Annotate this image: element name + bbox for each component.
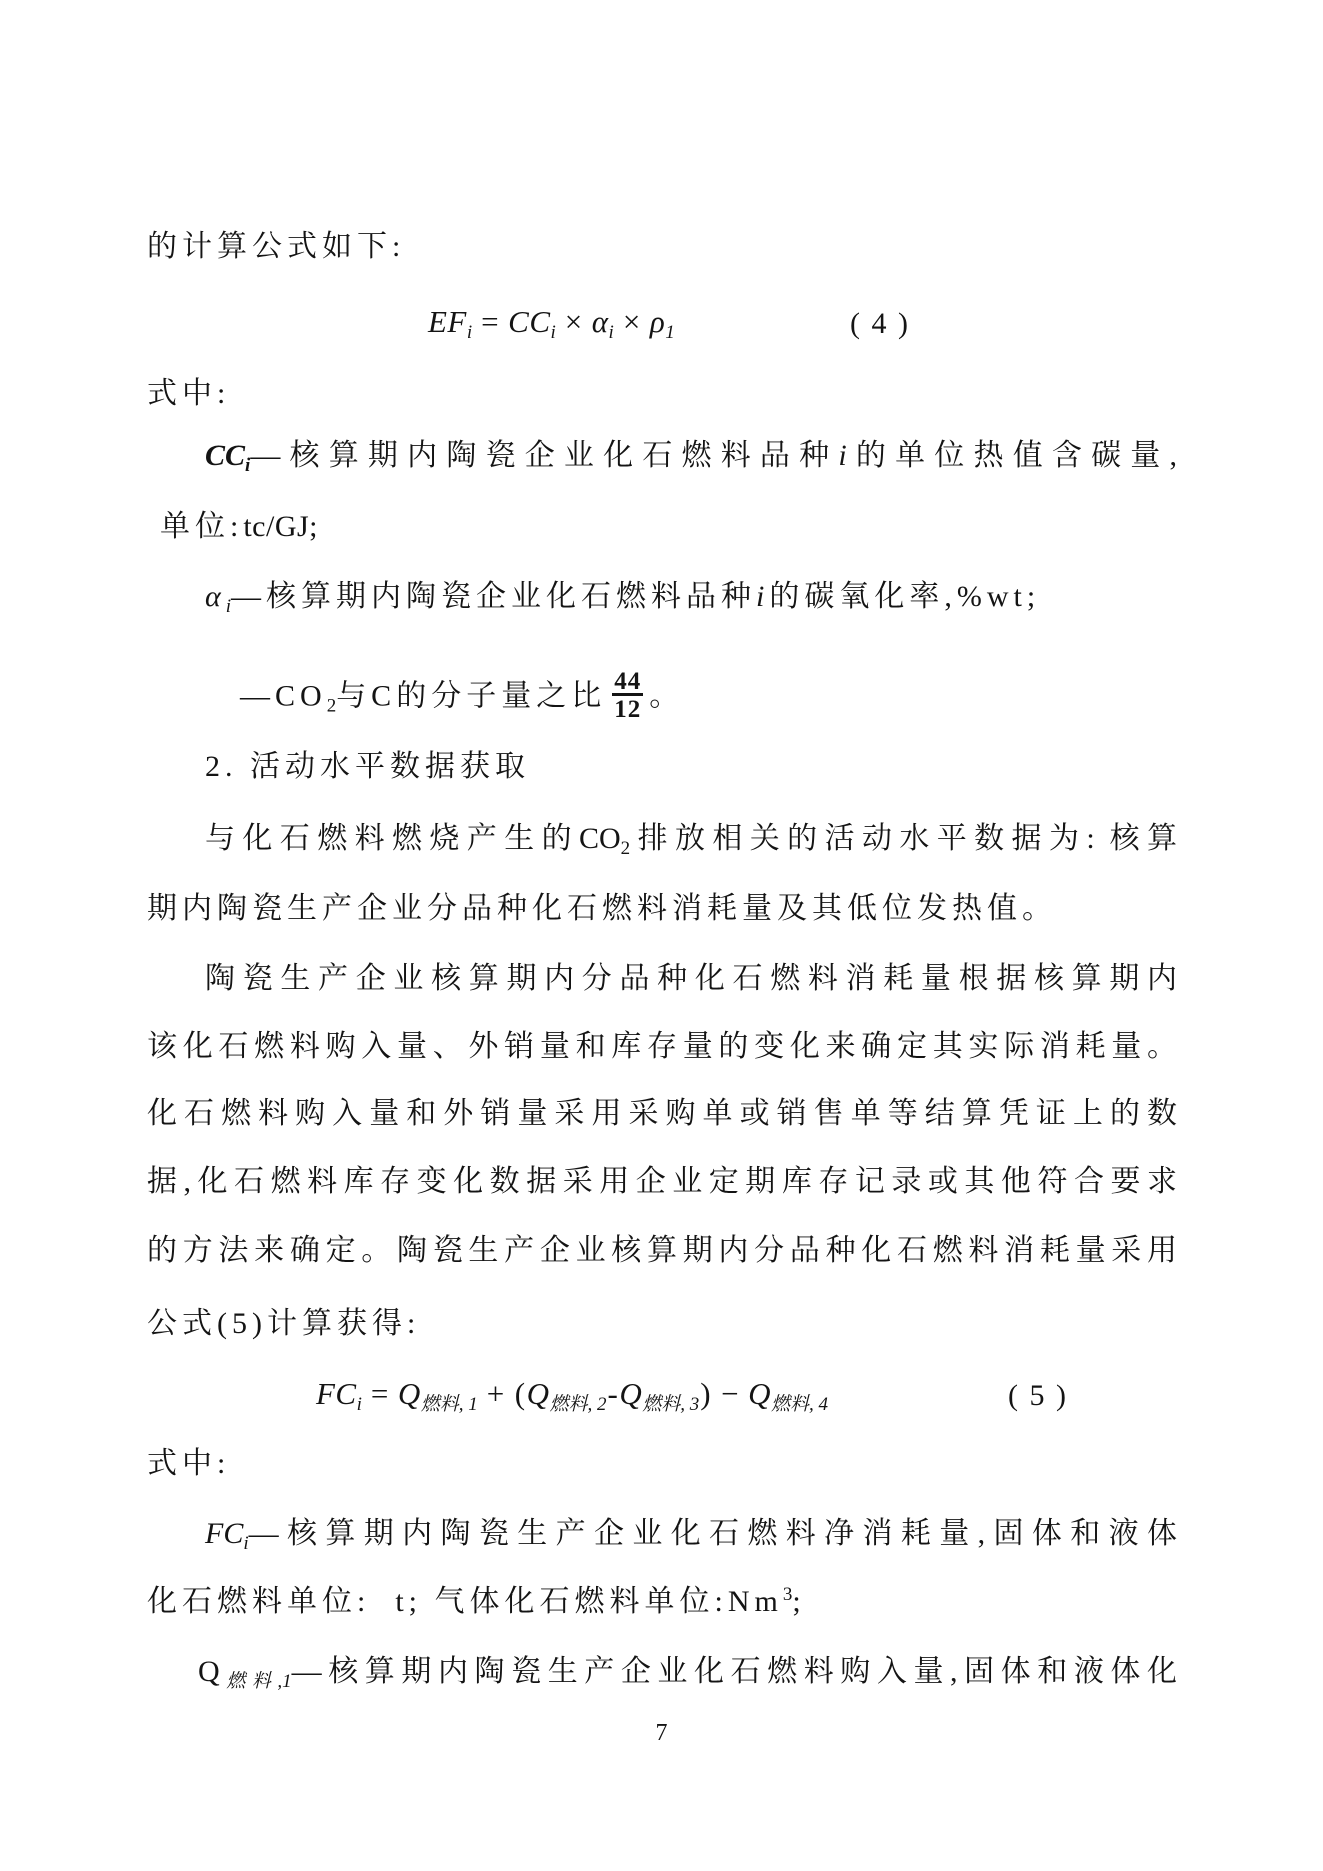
definition-text: 与C的分子量之比 <box>336 679 606 712</box>
definition-text: 的单位热值含碳量, <box>847 439 1177 472</box>
plus-sign: + <box>487 1376 505 1411</box>
cc-definition-line: CCi—核算期内陶瓷企业化石燃料品种i的单位热值含碳量, <box>205 437 1177 478</box>
formula-4-expression: EFi=CCi×αi×ρ1 <box>428 303 675 345</box>
fraction-denominator: 12 <box>612 693 643 723</box>
superscript: 3 <box>783 1584 793 1605</box>
subscript: 燃料, 2 <box>550 1394 607 1415</box>
where-label-1: 式中: <box>147 375 230 413</box>
paragraph-2-line-6: 公式(5)计算获得: <box>147 1305 420 1343</box>
document-page: 的计算公式如下: EFi=CCi×αi×ρ1 ( 4 ) 式中: CCi—核算期… <box>0 0 1323 1871</box>
minus-sign: - <box>608 1376 619 1411</box>
cc-symbol: CC <box>205 439 245 472</box>
definition-text: 化石燃料单位: t; 气体化石燃料单位:Nm <box>147 1585 783 1618</box>
fc-definition-line-1: FCi—核算期内陶瓷生产企业化石燃料净消耗量,固体和液体 <box>205 1515 1177 1556</box>
dash: — <box>250 439 280 472</box>
multiply-sign: × <box>565 304 583 339</box>
variable-i: i <box>838 439 846 472</box>
subscript: 燃料, 3 <box>642 1394 699 1415</box>
alpha-symbol: α <box>205 580 226 613</box>
equals-sign: = <box>371 1376 389 1411</box>
alpha-symbol: α <box>592 304 609 339</box>
left-paren: ( <box>515 1376 526 1411</box>
dash: — <box>231 580 266 613</box>
ef-symbol: EF <box>428 304 467 339</box>
subscript: 2 <box>327 695 337 716</box>
paragraph-2-line-2: 该化石燃料购入量、外销量和库存量的变化来确定其实际消耗量。 <box>147 1028 1177 1066</box>
minus-sign: − <box>721 1376 739 1411</box>
body-text: 排放相关的活动水平数据为: 核算 <box>630 822 1177 855</box>
formula-5-expression: FCi=Q燃料, 1+(Q燃料, 2-Q燃料, 3)−Q燃料, 4 <box>316 1375 828 1417</box>
cc-symbol: CC <box>508 304 550 339</box>
fraction-numerator: 44 <box>614 668 641 695</box>
rho-symbol: ρ <box>650 304 665 339</box>
definition-text: ; <box>792 1585 805 1618</box>
q-symbol: Q <box>527 1376 550 1411</box>
subscript: 燃料, 1 <box>421 1394 478 1415</box>
subscript: i <box>609 322 614 343</box>
definition-text: 核算期内陶瓷企业化石燃料品种 <box>266 580 756 613</box>
dash: — <box>249 1517 279 1550</box>
definition-text: 核算期内陶瓷生产企业化石燃料购入量,固体和液体化 <box>322 1655 1177 1688</box>
q-symbol: Q <box>398 1376 421 1411</box>
formula-5-number: ( 5 ) <box>1008 1377 1068 1415</box>
definition-text: —CO <box>240 679 327 712</box>
subscript: i <box>467 322 472 343</box>
ratio-definition-line: —CO2与C的分子量之比4412。 <box>240 668 684 729</box>
paragraph-2-line-1: 陶瓷生产企业核算期内分品种化石燃料消耗量根据核算期内 <box>205 960 1177 998</box>
paragraph-1-line-2: 期内陶瓷生产企业分品种化石燃料消耗量及其低位发热值。 <box>147 890 1057 928</box>
q-symbol: Q <box>619 1376 642 1411</box>
unit-value: tc/GJ; <box>243 510 318 543</box>
subscript: 燃料, 4 <box>771 1394 828 1415</box>
where-label-2: 式中: <box>147 1445 230 1483</box>
definition-text: 的碳氧化率,%wt; <box>769 580 1040 613</box>
definition-text: 核算期内陶瓷企业化石燃料品种 <box>280 439 838 472</box>
variable-i: i <box>756 580 769 613</box>
unit-label: 单位: <box>160 510 243 543</box>
subscript: 1 <box>665 322 675 343</box>
paragraph-1-line-1: 与化石燃料燃烧产生的CO2排放相关的活动水平数据为: 核算 <box>205 820 1177 861</box>
dash: — <box>292 1655 322 1688</box>
paragraph-2-line-3: 化石燃料购入量和外销量采用采购单或销售单等结算凭证上的数 <box>147 1095 1177 1133</box>
q-symbol: Q <box>748 1376 771 1411</box>
equals-sign: = <box>481 304 499 339</box>
paragraph-2-line-4: 据,化石燃料库存变化数据采用企业定期库存记录或其他符合要求 <box>147 1163 1177 1201</box>
multiply-sign: × <box>623 304 641 339</box>
page-number: 7 <box>0 1720 1323 1747</box>
section-heading-2: 2. 活动水平数据获取 <box>205 748 530 786</box>
q-symbol: Q <box>198 1655 220 1688</box>
definition-text: 核算期内陶瓷生产企业化石燃料净消耗量,固体和液体 <box>279 1517 1177 1550</box>
fc-symbol: FC <box>205 1517 243 1550</box>
subscript: 2 <box>621 838 631 859</box>
fc-symbol: FC <box>316 1376 357 1411</box>
q-definition-line: Q燃料,1—核算期内陶瓷生产企业化石燃料购入量,固体和液体化 <box>198 1653 1177 1694</box>
body-text: 与化石燃料燃烧产生的CO <box>205 822 621 855</box>
fraction-44-12: 4412 <box>612 668 643 723</box>
unit-line: 单位:tc/GJ; <box>160 508 318 546</box>
subscript: 燃料,1 <box>220 1671 292 1692</box>
intro-line: 的计算公式如下: <box>147 228 405 266</box>
alpha-definition-line: αi—核算期内陶瓷企业化石燃料品种i的碳氧化率,%wt; <box>205 578 1040 619</box>
fc-definition-line-2: 化石燃料单位: t; 气体化石燃料单位:Nm3; <box>147 1583 806 1621</box>
period: 。 <box>649 679 684 712</box>
subscript: i <box>551 322 556 343</box>
subscript: i <box>357 1394 362 1415</box>
paragraph-2-line-5: 的方法来确定。陶瓷生产企业核算期内分品种化石燃料消耗量采用 <box>147 1232 1177 1270</box>
right-paren: ) <box>700 1376 711 1411</box>
formula-4-number: ( 4 ) <box>850 305 910 343</box>
